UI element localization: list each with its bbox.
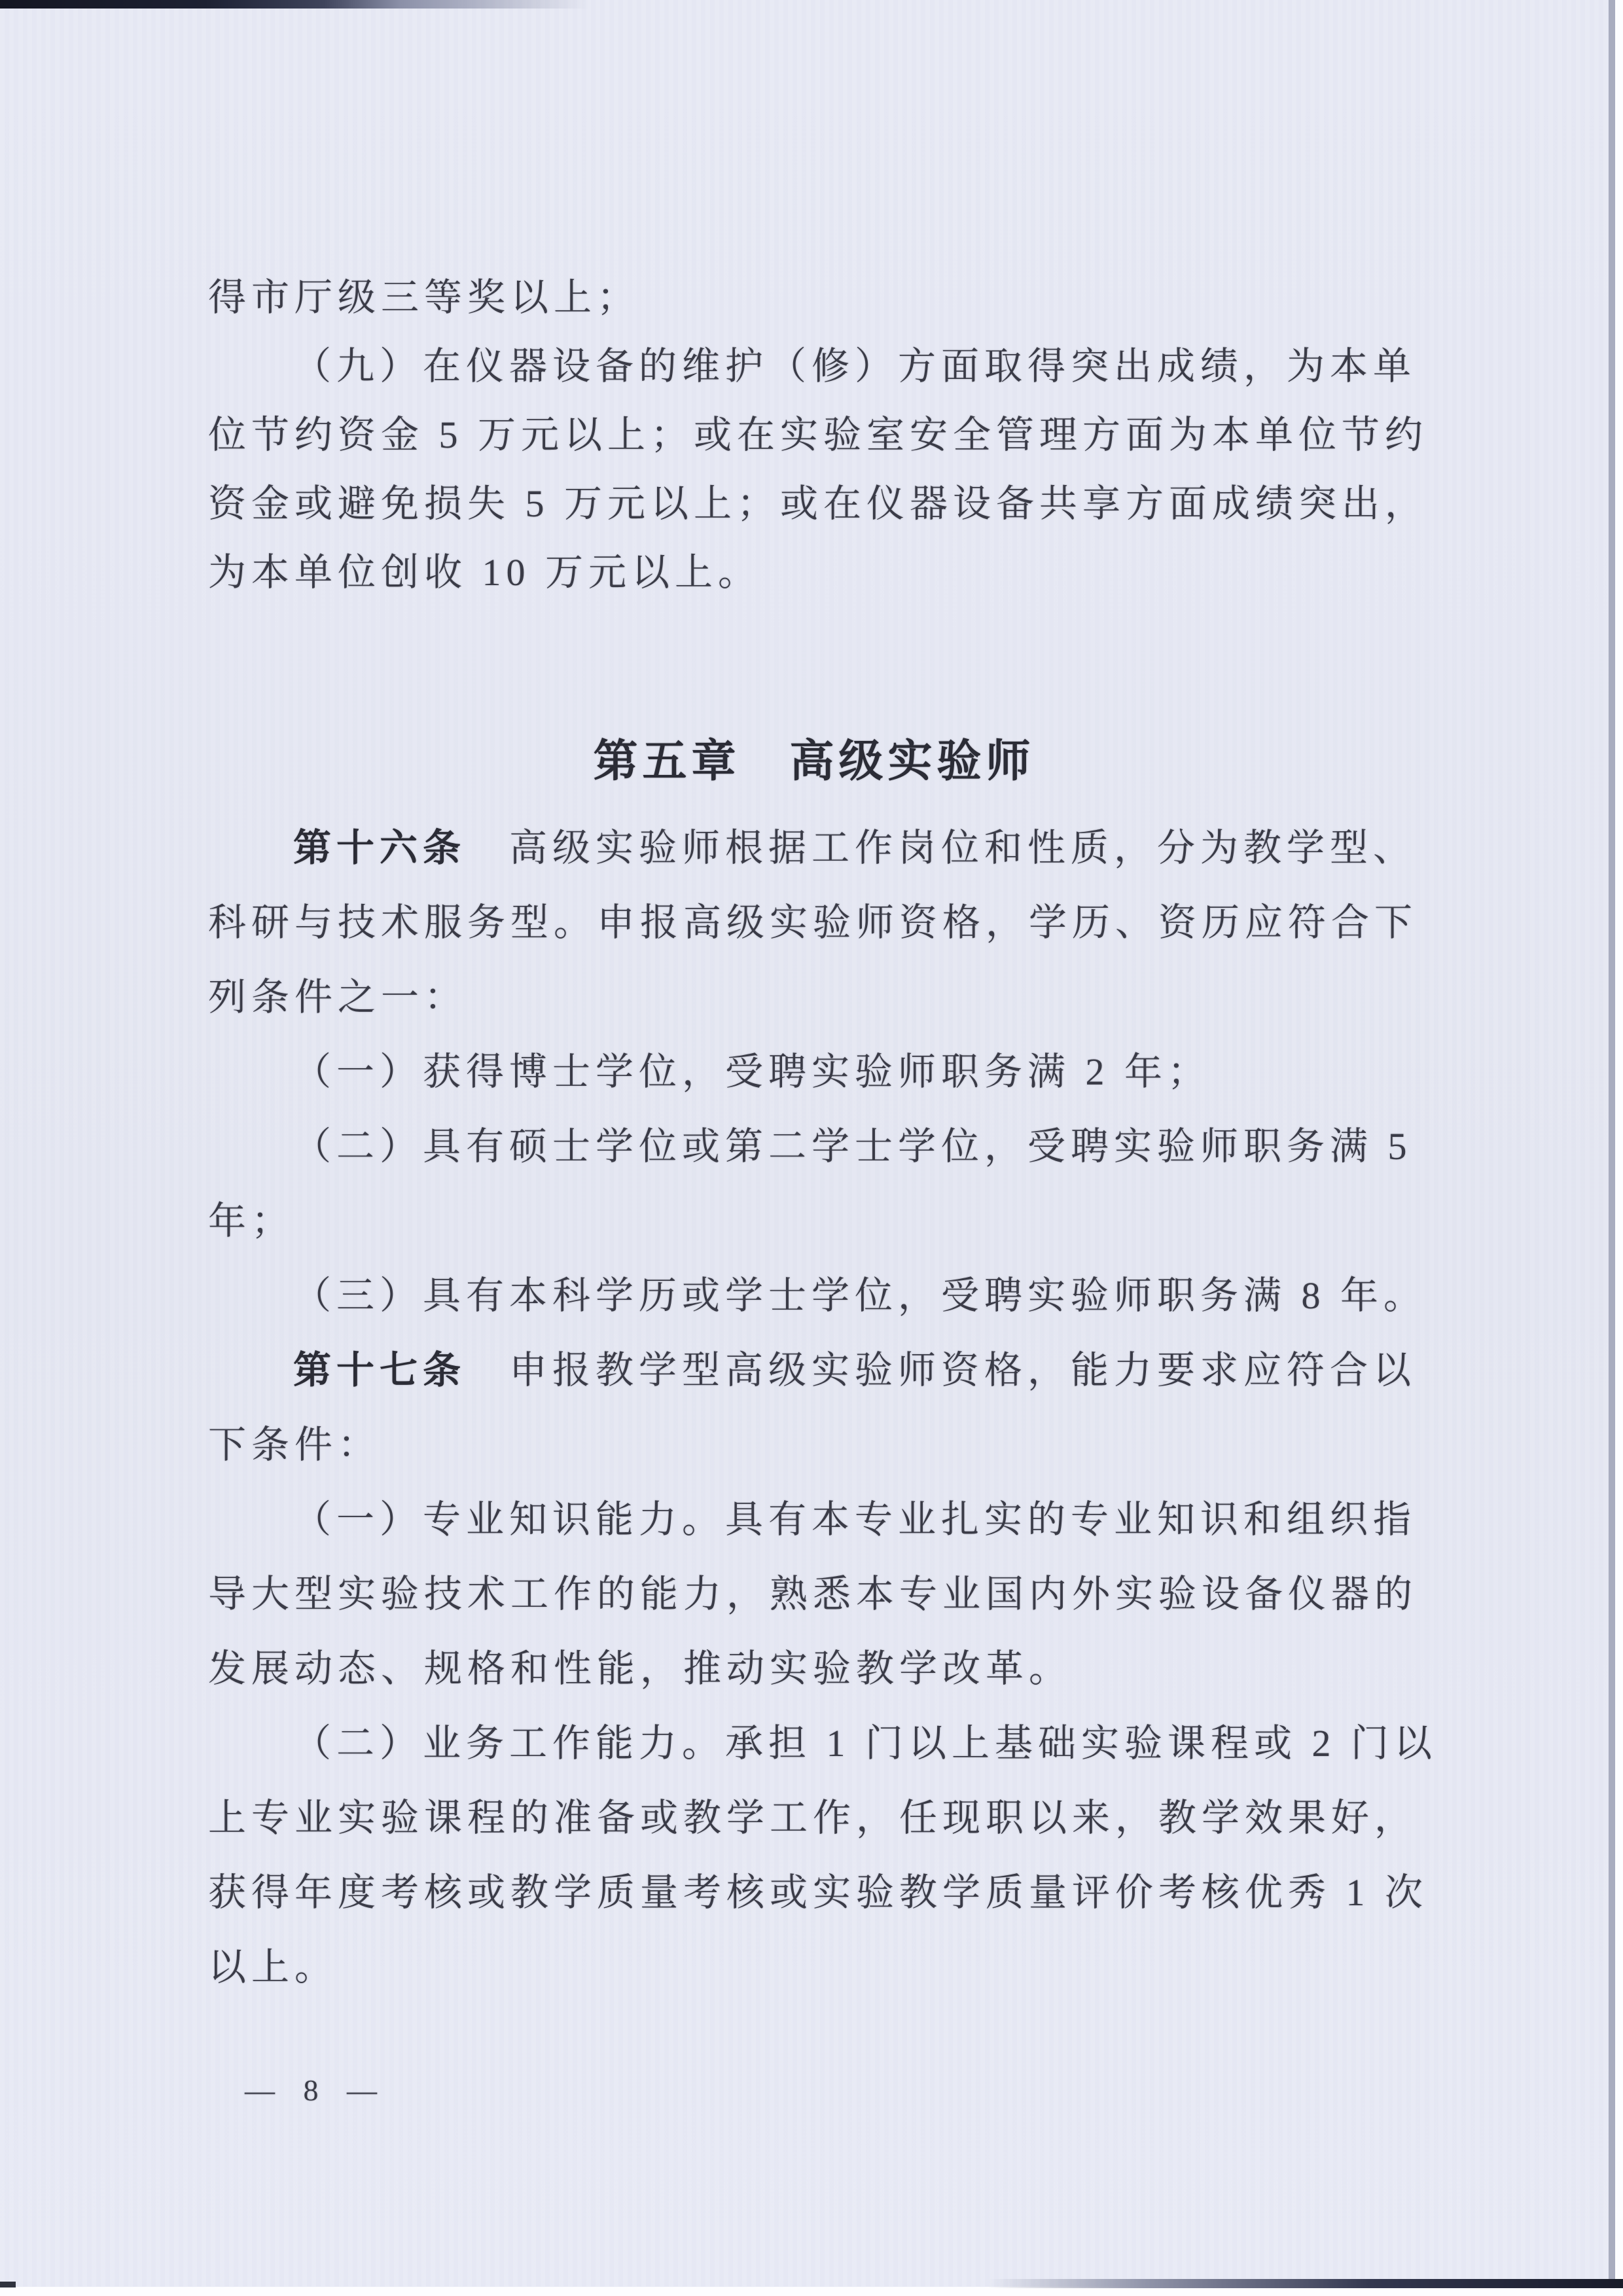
document-line: （一）获得博士学位，受聘实验师职务满 2 年； bbox=[208, 1035, 1420, 1109]
document-line: 资金或避免损失 5 万元以上；或在仪器设备共享方面成绩突出， bbox=[208, 469, 1420, 538]
document-line: 发展动态、规格和性能，推动实验教学改革。 bbox=[208, 1632, 1420, 1706]
document-line: 下条件： bbox=[208, 1408, 1420, 1482]
scan-artifact-corner-mark bbox=[0, 2282, 16, 2287]
document-line: 为本单位创收 10 万元以上。 bbox=[208, 538, 1420, 607]
document-line: 年； bbox=[208, 1184, 1420, 1259]
article-number-label: 第十七条 bbox=[293, 1349, 466, 1391]
document-line: 科研与技术服务型。申报高级实验师资格，学历、资历应符合下 bbox=[208, 886, 1420, 960]
paragraph-block: 第十六条 高级实验师根据工作岗位和性质，分为教学型、科研与技术服务型。申报高级实… bbox=[208, 811, 1420, 2005]
scan-artifact-bottom-bar bbox=[988, 2279, 1623, 2288]
document-line: 列条件之一： bbox=[208, 960, 1420, 1035]
document-line: （三）具有本科学历或学士学位，受聘实验师职务满 8 年。 bbox=[208, 1259, 1420, 1333]
document-line: 导大型实验技术工作的能力，熟悉本专业国内外实验设备仪器的 bbox=[208, 1557, 1420, 1632]
document-line: 以上。 bbox=[208, 1930, 1420, 2005]
document-line: （一）专业知识能力。具有本专业扎实的专业知识和组织指 bbox=[208, 1482, 1420, 1557]
scan-artifact-right-white-edge bbox=[1615, 0, 1623, 2296]
document-line: 位节约资金 5 万元以上；或在实验室安全管理方面为本单位节约 bbox=[208, 401, 1420, 469]
document-line: 获得年度考核或教学质量考核或实验教学质量评价考核优秀 1 次 bbox=[208, 1856, 1420, 1930]
article-number-label: 第十六条 bbox=[293, 827, 466, 869]
document-line: 第十七条 申报教学型高级实验师资格，能力要求应符合以 bbox=[208, 1333, 1420, 1408]
page-number: — 8 — bbox=[208, 2073, 1420, 2108]
scan-artifact-bottom-white-edge bbox=[0, 2287, 1623, 2296]
scanned-document-page: 得市厅级三等奖以上；（九）在仪器设备的维护（修）方面取得突出成绩，为本单位节约资… bbox=[0, 0, 1623, 2296]
document-line: 得市厅级三等奖以上； bbox=[208, 263, 1420, 332]
document-line: 第十六条 高级实验师根据工作岗位和性质，分为教学型、 bbox=[208, 811, 1420, 886]
document-line: （九）在仪器设备的维护（修）方面取得突出成绩，为本单 bbox=[208, 332, 1420, 401]
document-content: 得市厅级三等奖以上；（九）在仪器设备的维护（修）方面取得突出成绩，为本单位节约资… bbox=[208, 0, 1420, 2108]
document-line: 上专业实验课程的准备或教学工作，任现职以来，教学效果好， bbox=[208, 1781, 1420, 1856]
chapter-heading: 第五章 高级实验师 bbox=[208, 723, 1420, 799]
document-line: （二）具有硕士学位或第二学士学位，受聘实验师职务满 5 bbox=[208, 1109, 1420, 1184]
scan-artifact-right-edge-line bbox=[1609, 0, 1615, 2296]
document-line: （二）业务工作能力。承担 1 门以上基础实验课程或 2 门以 bbox=[208, 1706, 1420, 1781]
paragraph-block: 得市厅级三等奖以上；（九）在仪器设备的维护（修）方面取得突出成绩，为本单位节约资… bbox=[208, 263, 1420, 607]
